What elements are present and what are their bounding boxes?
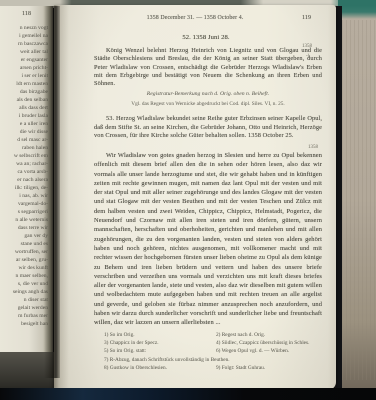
footnote-item: 3) Chappicz in der Specz. [98,339,216,347]
footnote-item: 1) So im Orig. [98,331,216,339]
footnote-item: 2) Regest nach d. Orig. [216,331,324,339]
footnotes-block: 1) So im Orig. 2) Regest nach d. Orig. 3… [98,331,324,372]
entry-53-regest: 53. Herzog Wladislaw bekundet seine Reih… [94,115,322,150]
footnote-row: 5) So im Orig. statt: 6) Wegen Opul vgl.… [98,347,324,355]
entry-52-marginal-mark: -) [306,54,309,59]
right-page-number: 119 [302,15,322,21]
entry-52-reference-note: Vgl. das Regest von Wernicke abgedruckt … [94,101,322,107]
entry-52-marginal-date: 1358 [302,44,312,49]
open-book-photo: 118 n neszn vogt i gemeilel na rn bascza… [0,0,376,400]
entry-53-transcription: Wir Wladislaw von gotes gnaden herzog in… [94,151,322,328]
footnote-row: 8) Gustkow in Oberschlesien. 9) Folgt: S… [98,364,324,372]
entry-52-regest: König Wenzel belehnt Herzog Heinrich von… [94,47,322,89]
entry-52-heading: 52. 1358 Juni 28. [94,34,318,41]
running-header-date-range: 1358 December 31. — 1358 October 4. [90,15,300,21]
footnote-item: 7) R-Abzug, danach Schriftstück unvollst… [98,356,324,364]
footnote-item: 6) Wegen Opul vgl. d. — Würben. [216,347,324,355]
footnote-item: 5) So im Orig. statt: [98,347,216,355]
fore-edge-page-lines [342,20,376,380]
footnote-item: 9) Folgt: Stadt Guhrau. [216,364,324,372]
footnote-item: 4) Siidlec, Czappicz überschüssig in Sch… [216,339,324,347]
left-page-text-fragments: n neszn vogt i gemeilel na rn basczawca … [2,24,48,330]
footnote-item: 8) Gustkow in Oberschlesien. [98,364,216,372]
footnote-row: 1) So im Orig. 2) Regest nach d. Orig. [98,331,324,339]
footnote-row: 3) Chappicz in der Specz. 4) Siidlec, Cz… [98,339,324,347]
table-surface-bottom [0,388,376,400]
footnote-row: 7) R-Abzug, danach Schriftstück unvollst… [98,356,324,364]
entry-53-marginal-date: 1358 [308,145,318,150]
left-page-number: 118 [22,11,46,17]
entry-52-source-note: Registratur-Bemerkung nach d. Orig. oben… [94,91,322,97]
